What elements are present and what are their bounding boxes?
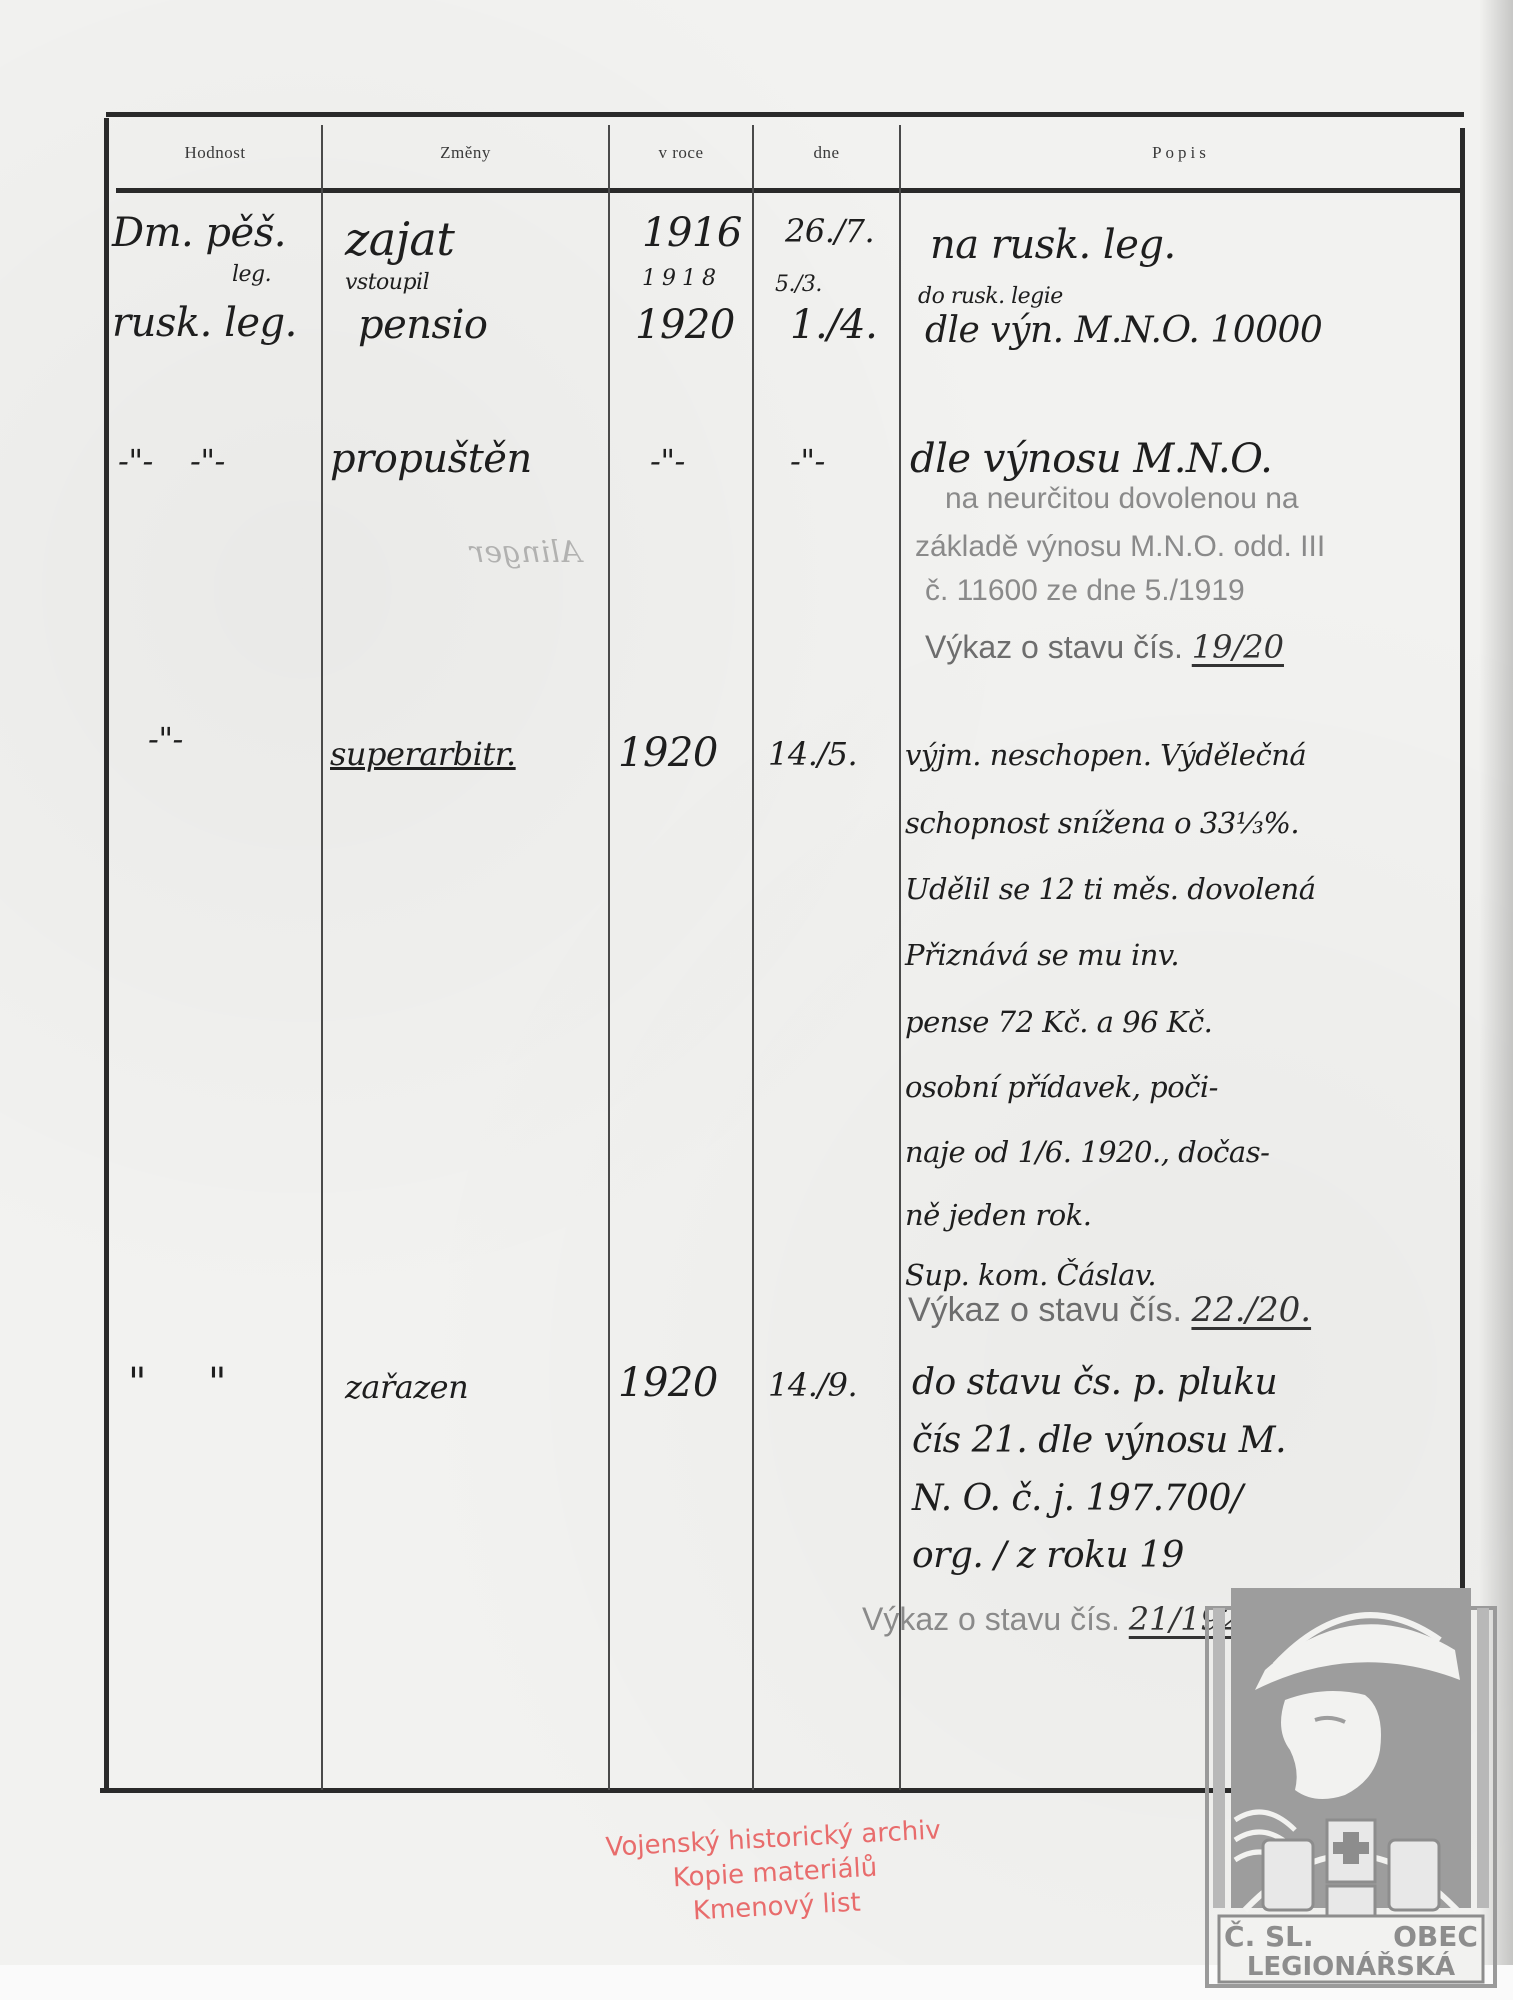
row3-desc-9: Sup. kom. Čáslav.	[905, 1258, 1156, 1292]
logo-text-line1: Č. SL. OBEC	[1205, 1920, 1497, 1953]
row3-desc-7: naje od 1/6. 1920., dočas-	[905, 1135, 1269, 1169]
row1-rank-leg: leg.	[232, 262, 271, 287]
row4-desc-2: čís 21. dle výnosu M.	[912, 1420, 1286, 1461]
row1-year-1: 1916	[642, 210, 742, 256]
row4-desc-4: org. / z roku 19	[912, 1535, 1184, 1576]
table-right-border	[1460, 128, 1465, 1788]
row3-stamp-value: 22./20.	[1191, 1290, 1311, 1330]
logo-text-obec: OBEC	[1393, 1920, 1478, 1953]
column-divider-3	[752, 125, 754, 1790]
column-header-zmeny: Změny	[323, 143, 608, 163]
row2-change-released: propuštěn	[330, 436, 532, 482]
column-divider-2	[608, 125, 610, 1790]
row2-faded-bleedthrough: Alinger	[470, 535, 581, 570]
row3-desc-6: osobní přídavek, poči-	[905, 1070, 1218, 1104]
row2-day-ditto: -"-	[790, 442, 825, 480]
column-header-popis: Popis	[901, 143, 1461, 163]
row4-stamp-label: Výkaz o stavu čís.	[862, 1601, 1120, 1637]
row1-desc-2: do rusk. legie	[918, 284, 1063, 309]
row1-desc-3: dle výn. M.N.O. 10000	[925, 310, 1322, 351]
row4-desc-3: N. O. č. j. 197.700/	[912, 1478, 1242, 1519]
row2-stamp-value: 19/20	[1192, 628, 1284, 666]
row1-day-3: 1./4.	[790, 302, 877, 348]
row3-desc-4: Přiznává se mu inv.	[905, 938, 1179, 972]
row1-year-3: 1920	[635, 302, 735, 348]
row3-desc-3: Udělil se 12 ti měs. dovolená	[905, 872, 1316, 906]
row3-desc-2: schopnost snížena o 33⅓%.	[905, 806, 1299, 840]
row4-day: 14./9.	[768, 1366, 857, 1404]
row1-change-captured: zajat	[345, 212, 454, 266]
column-header-hodnost: Hodnost	[110, 143, 320, 163]
column-header-v-roce: v roce	[610, 143, 752, 163]
row4-desc-1: do stavu čs. p. pluku	[912, 1362, 1277, 1403]
column-header-dne: dne	[754, 143, 899, 163]
row2-stamp-line4: Výkaz o stavu čís. 19/20	[925, 628, 1284, 666]
row2-rank-ditto-2: -"-	[190, 442, 225, 480]
row2-year-ditto: -"-	[650, 442, 685, 480]
row1-change-joined: vstoupil	[345, 270, 429, 295]
row3-stamp-label: Výkaz o stavu čís.	[908, 1291, 1182, 1329]
row4-stamp: Výkaz o stavu čís. 21/1920	[862, 1600, 1262, 1638]
row4-change-assigned: zařazen	[345, 1368, 468, 1406]
row2-stamp-line1: na neurčitou dovolenou na	[945, 482, 1299, 516]
row2-rank-ditto-1: -"-	[118, 442, 153, 480]
row2-desc: dle výnosu M.N.O.	[910, 436, 1272, 482]
logo-text-csl: Č. SL.	[1224, 1920, 1314, 1953]
row4-year: 1920	[618, 1360, 718, 1406]
row3-rank-ditto: -"-	[148, 720, 183, 758]
table-top-border	[106, 112, 1464, 117]
row1-day-1: 26./7.	[785, 212, 874, 250]
row4-rank-ditto-1: "	[128, 1360, 146, 1406]
row1-change-pension: pensio	[358, 302, 487, 348]
row1-desc-1: na rusk. leg.	[930, 222, 1176, 268]
row2-stamp-line3: č. 11600 ze dne 5./1919	[925, 574, 1245, 608]
row1-rank-line1: Dm. pěš.	[112, 210, 286, 256]
column-divider-4	[899, 125, 901, 1790]
column-divider-1	[321, 125, 323, 1790]
table-header-bottom-border	[116, 188, 1461, 193]
row3-stamp: Výkaz o stavu čís. 22./20.	[908, 1290, 1311, 1330]
row3-year: 1920	[618, 730, 718, 776]
row3-change-superarbitr: superarbitr.	[330, 735, 516, 773]
row3-desc-8: ně jeden rok.	[905, 1198, 1091, 1232]
logo-text-line2: LEGIONÁŘSKÁ	[1205, 1952, 1497, 1982]
row3-desc-1: výjm. neschopen. Výdělečná	[905, 738, 1306, 772]
row2-stamp-label: Výkaz o stavu čís.	[925, 629, 1183, 665]
row4-rank-ditto-2: "	[208, 1360, 226, 1406]
row1-rank-line2: rusk. leg.	[112, 300, 297, 346]
table-left-border	[104, 118, 109, 1790]
row3-day: 14./5.	[768, 735, 857, 773]
row2-stamp-line2: základě výnosu M.N.O. odd. III	[915, 530, 1325, 564]
row3-desc-5: pense 72 Kč. a 96 Kč.	[905, 1005, 1212, 1039]
row1-day-2: 5./3.	[775, 272, 822, 297]
legion-logo: Č. SL. OBEC LEGIONÁŘSKÁ	[1205, 1580, 1497, 1990]
row1-year-2: 1918	[642, 266, 722, 291]
